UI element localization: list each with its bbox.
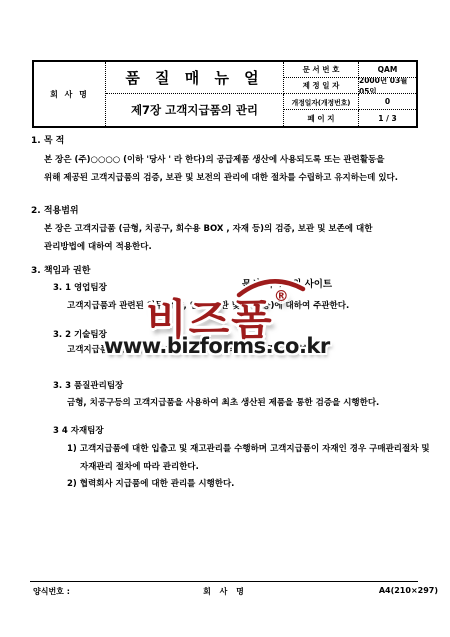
section1-line1: 본 장은 (주)○○○○ (이하 '당사 ' 라 한다)의 공급제품 생산에 사… bbox=[44, 155, 384, 166]
doc-number-label: 문 서 번 호 bbox=[284, 62, 359, 78]
page-value: 1 / 3 bbox=[359, 110, 416, 126]
section3-heading: 3. 책임과 권한 bbox=[31, 266, 90, 277]
bizforms-logo: 비즈폼® bbox=[146, 287, 291, 347]
bizforms-tagline: 문서/서식 1위 사이트 bbox=[242, 276, 332, 290]
section1-heading: 1. 목 적 bbox=[31, 136, 64, 147]
section2-line1: 본 장은 고객지급품 (금형, 치공구, 회수용 BOX , 자재 등)의 검증… bbox=[44, 224, 372, 235]
section33-heading: 3. 3 품질관리팀장 bbox=[53, 381, 123, 392]
section34-item1-line2: 자재관리 절차에 따라 관리한다. bbox=[80, 462, 199, 473]
section2-heading: 2. 적용범위 bbox=[31, 206, 79, 217]
chapter-title: 제7장 고객지급품의 관리 bbox=[106, 94, 284, 126]
enact-date-value: 2000년 03월 05일 bbox=[359, 78, 416, 94]
section31-body: 고객지급품과 관련된 업무(계약, 인수, 보관 및 보전 등)에 대하여 주관… bbox=[67, 301, 349, 312]
section1-line2: 위해 제공된 고객지급품의 검증, 보관 및 보전의 관리에 대한 절차를 수립… bbox=[44, 173, 398, 184]
logo-swoosh-icon bbox=[236, 277, 306, 299]
section33-body: 금형, 치공구등의 고객지급품을 사용하여 최초 생산된 제품을 통한 검증을 … bbox=[67, 398, 379, 409]
company-name-cell: 회 사 명 bbox=[34, 62, 106, 126]
footer-divider bbox=[30, 581, 418, 582]
footer-paper-size: A4(210×297) bbox=[379, 586, 438, 595]
section32-body: 고객지급품(금형, 치공구, 회수용 BOX 등)의 입고 검증을 실시한다. bbox=[67, 345, 322, 356]
document-header-table: 회 사 명 품 질 매 뉴 얼 제7장 고객지급품의 관리 문 서 번 호 QA… bbox=[32, 60, 418, 128]
page-label: 페 이 지 bbox=[284, 110, 359, 126]
section2-line2: 관리방법에 대하여 적용한다. bbox=[44, 242, 152, 253]
section32-heading: 3. 2 기술팀장 bbox=[53, 330, 107, 341]
section34-item2: 2) 협력회사 지급품에 대한 관리를 시행한다. bbox=[67, 479, 234, 490]
section34-item1-line1: 1) 고객지급품에 대한 입출고 및 재고관리를 수행하며 고객지급품이 자재인… bbox=[67, 444, 430, 455]
revision-value: 0 bbox=[359, 94, 416, 110]
section31-heading: 3. 1 영업팀장 bbox=[53, 283, 107, 294]
manual-title: 품 질 매 뉴 얼 bbox=[106, 62, 284, 94]
revision-label: 개정일자(개정번호) bbox=[284, 94, 359, 110]
section34-heading: 3 4 자재팀장 bbox=[53, 426, 104, 437]
doc-number-value: QAM bbox=[359, 62, 416, 78]
enact-date-label: 제 정 일 자 bbox=[284, 78, 359, 94]
